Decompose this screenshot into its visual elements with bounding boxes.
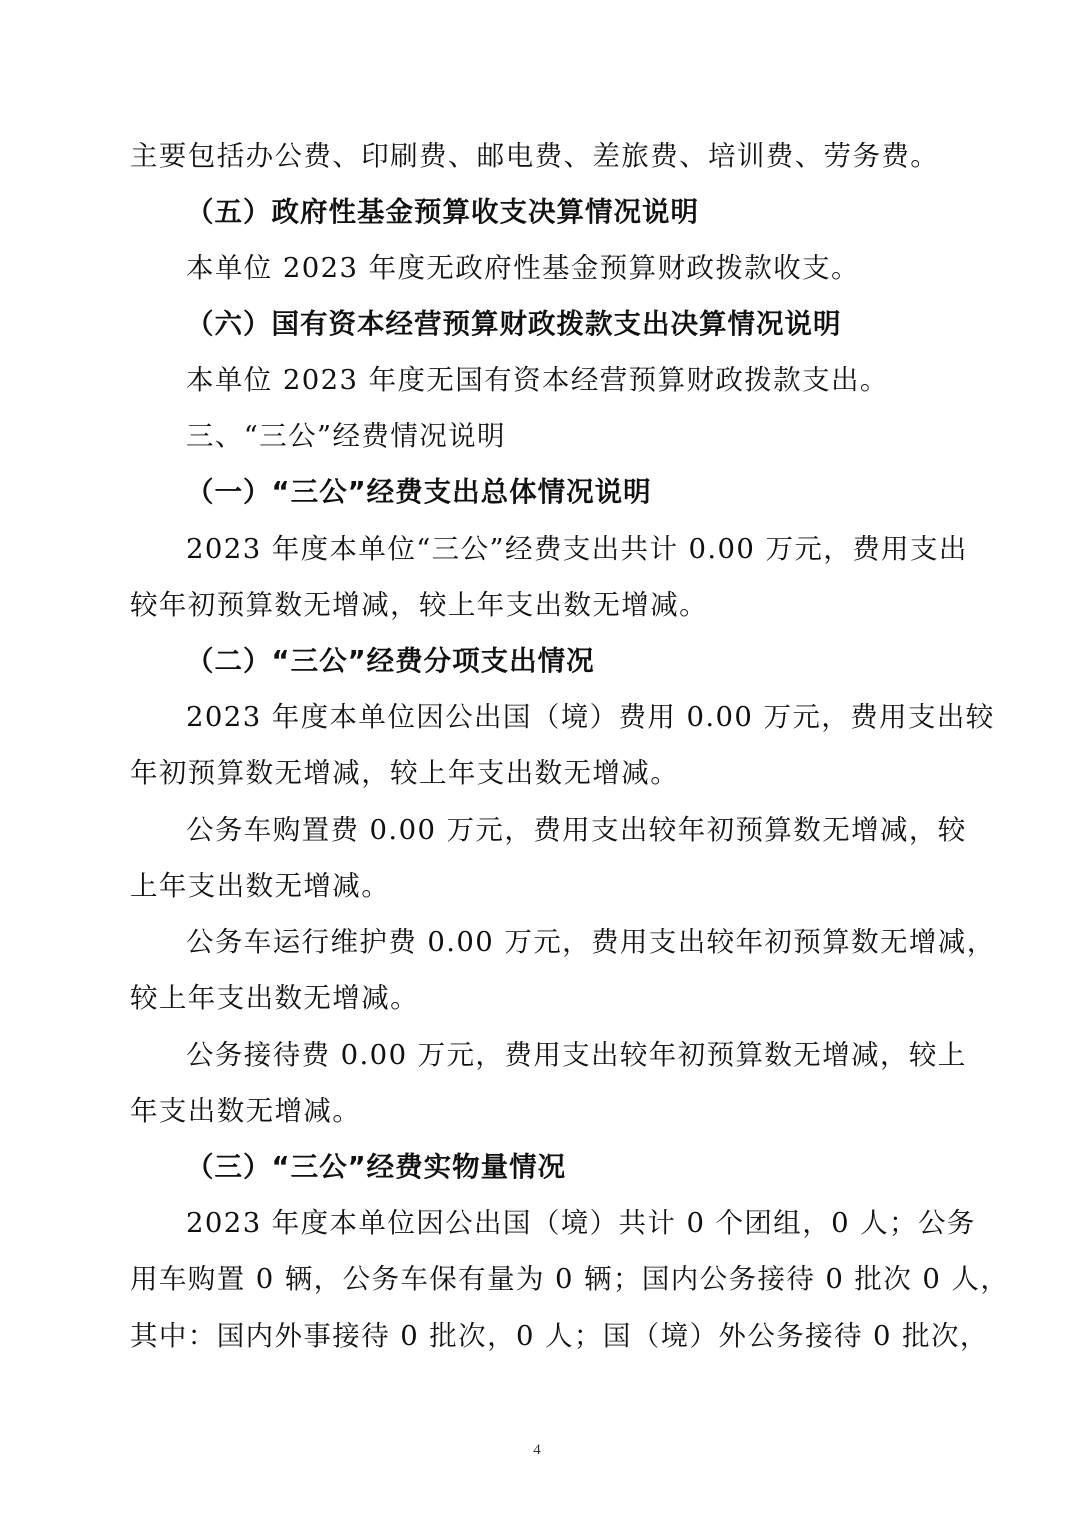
body-text-line: 本单位 2023 年度无政府性基金预算财政拨款收支。	[186, 248, 860, 288]
subheading-government-fund: （五）政府性基金预算收支决算情况说明	[186, 192, 699, 232]
subheading-overall: （一）“三公”经费支出总体情况说明	[186, 472, 652, 512]
body-text-line: 公务车运行维护费 0.00 万元，费用支出较年初预算数无增减，	[186, 922, 996, 962]
body-text-line: 2023 年度本单位“三公”经费支出共计 0.00 万元，费用支出	[186, 529, 968, 569]
subheading-itemized: （二）“三公”经费分项支出情况	[186, 641, 595, 681]
page-number: 4	[0, 1442, 1074, 1459]
body-text-line: 主要包括办公费、印刷费、邮电费、差旅费、培训费、劳务费。	[130, 136, 939, 176]
subheading-state-capital: （六）国有资本经营预算财政拨款支出决算情况说明	[186, 304, 842, 344]
body-text-line: 公务接待费 0.00 万元，费用支出较年初预算数无增减，较上	[186, 1035, 967, 1075]
body-text-line: 2023 年度本单位因公出国（境）费用 0.00 万元，费用支出较	[186, 697, 995, 737]
body-text-line: 本单位 2023 年度无国有资本经营预算财政拨款支出。	[186, 360, 889, 400]
body-text-line: 公务车购置费 0.00 万元，费用支出较年初预算数无增减，较	[186, 810, 967, 850]
body-text-line: 用车购置 0 辆，公务车保有量为 0 辆；国内公务接待 0 批次 0 人，	[130, 1259, 1009, 1299]
body-text-line: 年初预算数无增减，较上年支出数无增减。	[130, 753, 679, 793]
body-text-line: 较上年支出数无增减。	[130, 978, 419, 1018]
body-text-line: 年支出数无增减。	[130, 1091, 361, 1131]
body-text-line: 其中：国内外事接待 0 批次，0 人；国（境）外公务接待 0 批次，	[130, 1316, 989, 1356]
section-heading-three-public: 三、“三公”经费情况说明	[186, 416, 506, 456]
body-text-line: 较年初预算数无增减，较上年支出数无增减。	[130, 585, 708, 625]
subheading-physical-quantity: （三）“三公”经费实物量情况	[186, 1147, 566, 1187]
body-text-line: 上年支出数无增减。	[130, 866, 390, 906]
body-text-line: 2023 年度本单位因公出国（境）共计 0 个团组，0 人；公务	[186, 1203, 976, 1243]
